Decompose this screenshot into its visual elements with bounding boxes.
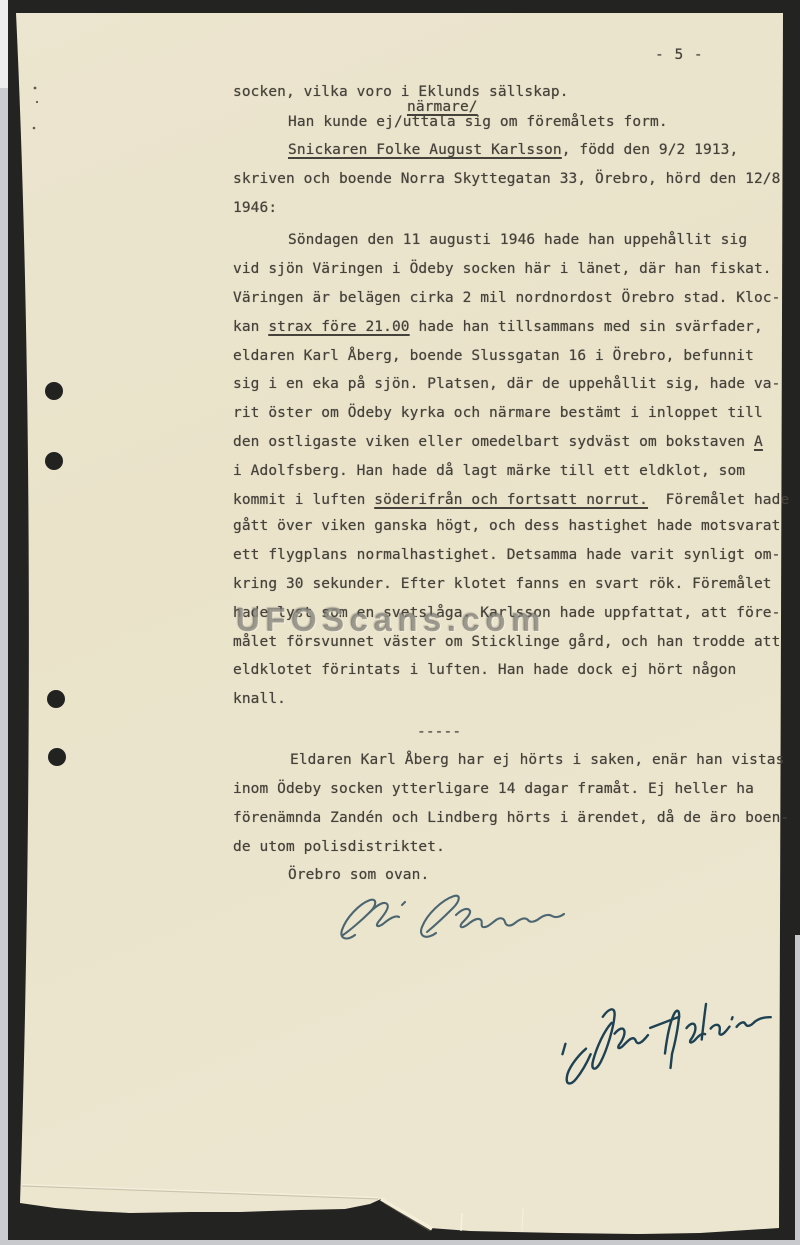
typed-line: i Adolfsberg. Han hade då lagt märke til… (233, 464, 745, 479)
typed-line: kring 30 sekunder. Efter klotet fanns en… (233, 577, 772, 592)
typed-line: eldaren Karl Åberg, boende Slussgatan 16… (233, 349, 754, 364)
typed-line: eldklotet förintats i luften. Han hade d… (233, 663, 736, 678)
typed-line: Eldaren Karl Åberg har ej hörts i saken,… (290, 753, 784, 768)
typed-line: hade lyst som en svetslåga. Karlsson had… (233, 606, 780, 621)
typed-line: den ostligaste viken eller omedelbart sy… (233, 435, 763, 450)
typed-line: knall. (233, 692, 286, 707)
typed-line: socken, vilka voro i Eklunds sällskap. (233, 85, 569, 100)
typed-line: sig i en eka på sjön. Platsen, där de up… (233, 377, 780, 392)
typed-line: 1946: (233, 201, 277, 216)
typed-line: gått över viken ganska högt, och dess ha… (233, 519, 780, 534)
typed-line: skriven och boende Norra Skyttegatan 33,… (233, 172, 780, 187)
scanned-document-page: - 5 - socken, vilka voro i Eklunds sälls… (0, 0, 800, 1245)
typed-line: de utom polisdistriktet. (233, 840, 445, 855)
typed-line: Söndagen den 11 augusti 1946 hade han up… (288, 233, 747, 248)
typed-line: Han kunde ej/uttala sig om föremålets fo… (288, 115, 668, 130)
typed-line: kan strax före 21.00 hade han tillsamman… (233, 320, 763, 335)
typed-line: vid sjön Väringen i Ödeby socken här i l… (233, 262, 772, 277)
typed-line: ett flygplans normalhastighet. Detsamma … (233, 548, 780, 563)
typed-line: närmare/ (407, 100, 478, 115)
typed-line: kommit i luften söderifrån och fortsatt … (233, 493, 789, 508)
typed-line: målet försvunnet väster om Sticklinge gå… (233, 635, 780, 650)
typed-line: Snickaren Folke August Karlsson, född de… (288, 143, 738, 158)
typed-line: inom Ödeby socken ytterligare 14 dagar f… (233, 782, 754, 797)
typed-text-layer: socken, vilka voro i Eklunds sällskap.nä… (0, 0, 800, 1245)
typed-line: rit öster om Ödeby kyrka och närmare bes… (233, 406, 763, 421)
typed-line: förenämnda Zandén och Lindberg hörts i ä… (233, 811, 789, 826)
typed-line: Örebro som ovan. (288, 868, 429, 883)
typed-line: Väringen är belägen cirka 2 mil nordnord… (233, 291, 780, 306)
typed-line: ----- (417, 725, 461, 740)
